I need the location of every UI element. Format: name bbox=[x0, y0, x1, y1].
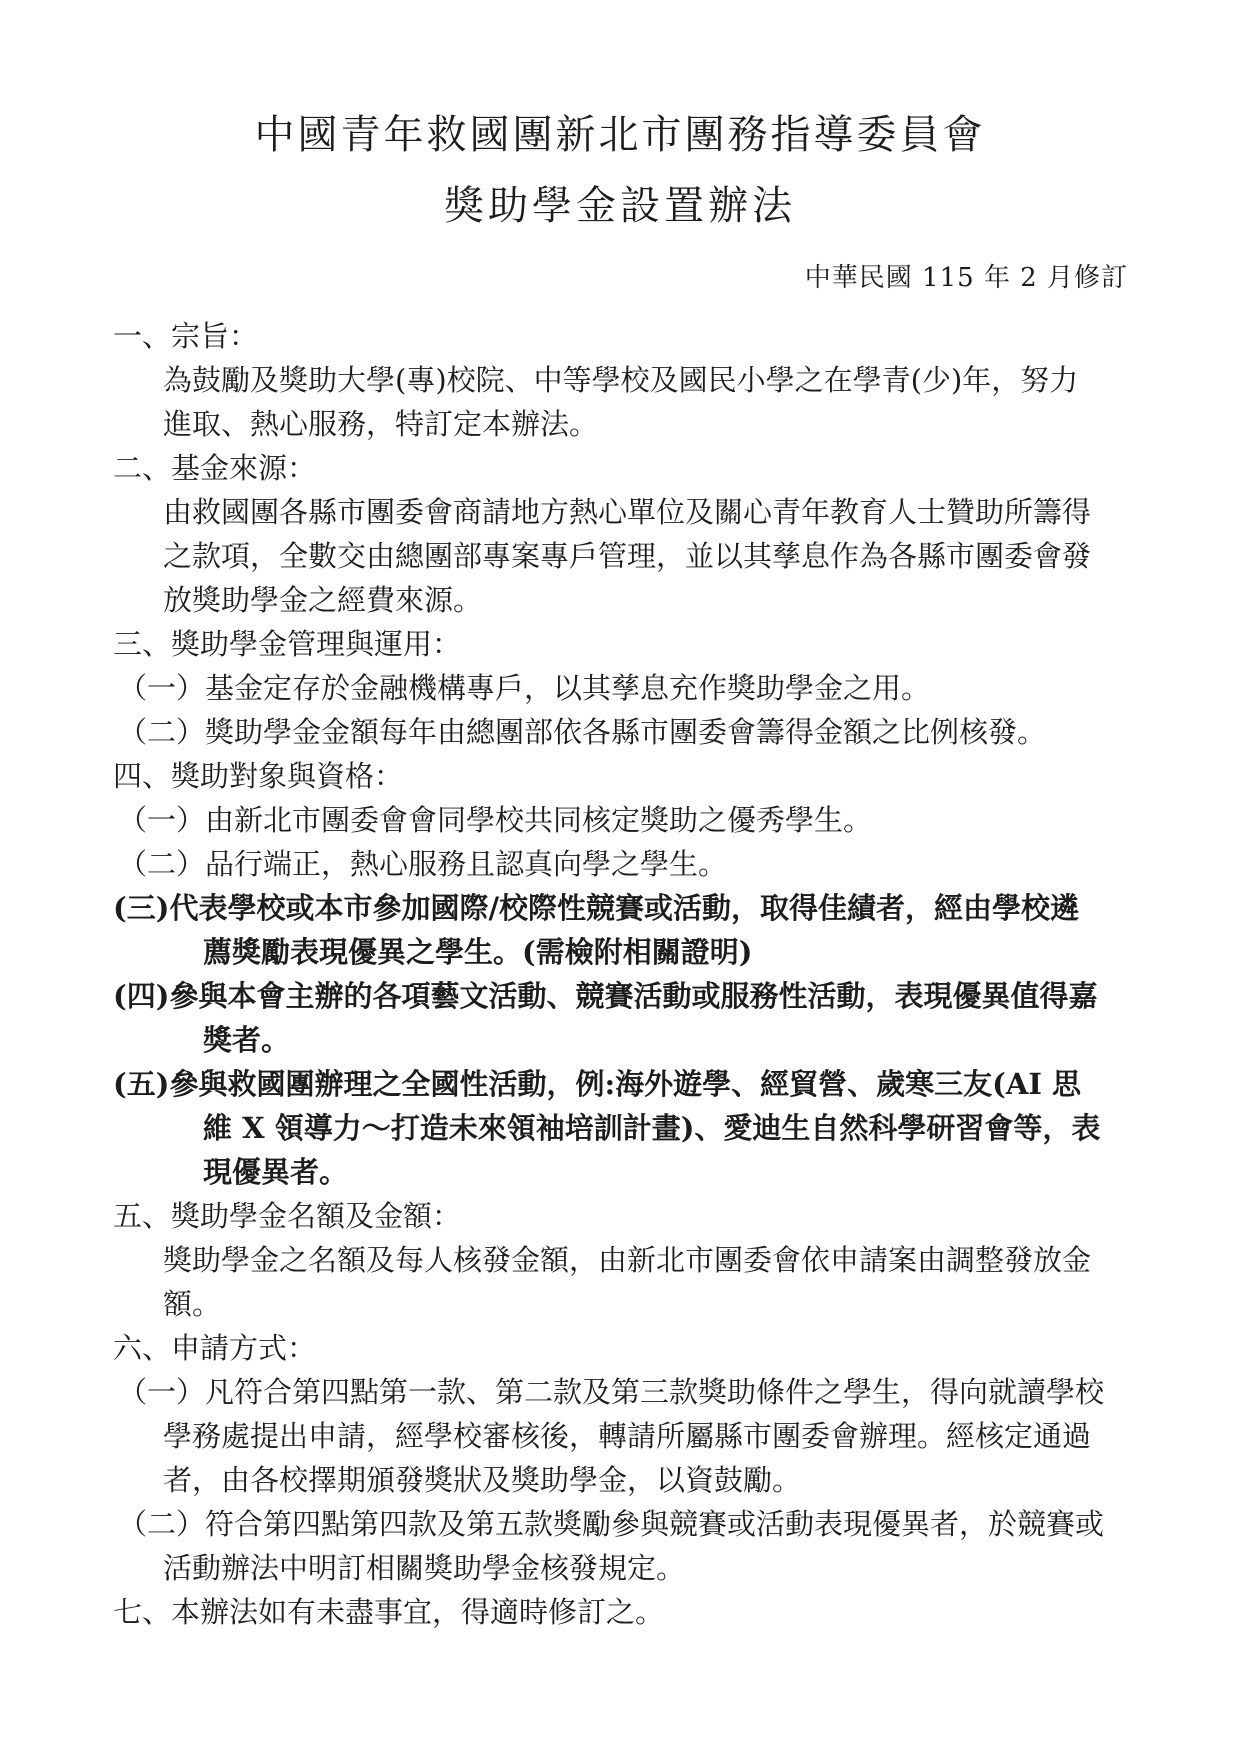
section-heading-text: 獎助對象與資格： bbox=[171, 759, 403, 793]
sub-item: （一）基金定存於金融機構專戶，以其孳息充作獎助學金之用。 bbox=[0, 666, 1107, 710]
section-heading-text: 基金來源： bbox=[171, 451, 316, 485]
section-heading-text: 本辦法如有未盡事宜，得適時修訂之。 bbox=[171, 1595, 664, 1629]
sub-item-text: 代表學校或本市參加國際/校際性競賽或活動，取得佳績者，經由學校遴薦獎勵表現優異之… bbox=[169, 891, 1079, 969]
section-heading-text: 宗旨： bbox=[171, 319, 258, 353]
sub-item-text: 符合第四點第四款及第五款獎勵參與競賽或活動表現優異者，於競賽或活動辦法中明訂相關… bbox=[163, 1507, 1104, 1585]
section-heading: 二、基金來源： bbox=[0, 446, 1107, 490]
section-heading: 七、本辦法如有未盡事宜，得適時修訂之。 bbox=[0, 1590, 1107, 1634]
sub-item-text: 參與本會主辦的各項藝文活動、競賽活動或服務性活動，表現優異值得嘉獎者。 bbox=[169, 979, 1097, 1057]
sub-item-text: 獎助學金金額每年由總團部依各縣市團委會籌得金額之比例核發。 bbox=[205, 715, 1046, 749]
section-六、: 六、申請方式：（一）凡符合第四點第一款、第二款及第三款獎助條件之學生，得向就讀學… bbox=[0, 1326, 1107, 1590]
sub-item-label: （二） bbox=[118, 1507, 205, 1541]
document-title: 中國青年救國團新北市團務指導委員會 bbox=[0, 0, 1240, 164]
section-number: 一、 bbox=[113, 319, 171, 353]
sub-item-text: 品行端正，熱心服務且認真向學之學生。 bbox=[205, 847, 727, 881]
section-heading-text: 獎助學金管理與運用： bbox=[171, 627, 461, 661]
revision-note: 中華民國 115 年 2 月修訂 bbox=[0, 259, 1240, 297]
section-七、: 七、本辦法如有未盡事宜，得適時修訂之。 bbox=[0, 1590, 1107, 1634]
sub-item-label: (三) bbox=[113, 891, 169, 925]
section-number: 三、 bbox=[113, 627, 171, 661]
sub-item-text: 參與救國團辦理之全國性活動，例:海外遊學、經貿營、歲寒三友(AI 思維 X 領導… bbox=[169, 1067, 1100, 1189]
section-number: 二、 bbox=[113, 451, 171, 485]
section-heading-text: 獎助學金名額及金額： bbox=[171, 1199, 461, 1233]
section-heading: 四、獎助對象與資格： bbox=[0, 754, 1107, 798]
document-page: 中國青年救國團新北市團務指導委員會 獎助學金設置辦法 中華民國 115 年 2 … bbox=[0, 0, 1240, 1754]
sub-item: (四)參與本會主辦的各項藝文活動、競賽活動或服務性活動，表現優異值得嘉獎者。 bbox=[0, 974, 1107, 1062]
sub-item: (三)代表學校或本市參加國際/校際性競賽或活動，取得佳績者，經由學校遴薦獎勵表現… bbox=[0, 886, 1107, 974]
section-paragraph: 由救國團各縣市團委會商請地方熱心單位及關心青年教育人士贊助所籌得之款項，全數交由… bbox=[0, 490, 1107, 622]
sub-item: （二）品行端正，熱心服務且認真向學之學生。 bbox=[0, 842, 1107, 886]
sub-item: （二）獎助學金金額每年由總團部依各縣市團委會籌得金額之比例核發。 bbox=[0, 710, 1107, 754]
sub-item: （二）符合第四點第四款及第五款獎勵參與競賽或活動表現優異者，於競賽或活動辦法中明… bbox=[0, 1502, 1107, 1590]
sub-item-label: （二） bbox=[118, 715, 205, 749]
section-一、: 一、宗旨：為鼓勵及獎助大學(專)校院、中等學校及國民小學之在學青(少)年，努力進… bbox=[0, 314, 1107, 446]
section-number: 五、 bbox=[113, 1199, 171, 1233]
section-heading-text: 申請方式： bbox=[171, 1331, 316, 1365]
section-二、: 二、基金來源：由救國團各縣市團委會商請地方熱心單位及關心青年教育人士贊助所籌得之… bbox=[0, 446, 1107, 622]
section-number: 六、 bbox=[113, 1331, 171, 1365]
sub-item-text: 基金定存於金融機構專戶，以其孳息充作獎助學金之用。 bbox=[205, 671, 930, 705]
section-heading: 一、宗旨： bbox=[0, 314, 1107, 358]
section-heading: 六、申請方式： bbox=[0, 1326, 1107, 1370]
section-五、: 五、獎助學金名額及金額：獎助學金之名額及每人核發金額，由新北市團委會依申請案由調… bbox=[0, 1194, 1107, 1326]
section-heading: 五、獎助學金名額及金額： bbox=[0, 1194, 1107, 1238]
sub-item: （一）由新北市團委會會同學校共同核定獎助之優秀學生。 bbox=[0, 798, 1107, 842]
sub-item: (五)參與救國團辦理之全國性活動，例:海外遊學、經貿營、歲寒三友(AI 思維 X… bbox=[0, 1062, 1107, 1194]
sub-item-label: （一） bbox=[118, 803, 205, 837]
document-body: 一、宗旨：為鼓勵及獎助大學(專)校院、中等學校及國民小學之在學青(少)年，努力進… bbox=[0, 314, 1240, 1634]
sub-item-label: （一） bbox=[118, 1375, 205, 1409]
sub-item-label: (四) bbox=[113, 979, 169, 1013]
section-四、: 四、獎助對象與資格：（一）由新北市團委會會同學校共同核定獎助之優秀學生。（二）品… bbox=[0, 754, 1107, 1194]
section-三、: 三、獎助學金管理與運用：（一）基金定存於金融機構專戶，以其孳息充作獎助學金之用。… bbox=[0, 622, 1107, 754]
section-heading: 三、獎助學金管理與運用： bbox=[0, 622, 1107, 666]
document-subtitle: 獎助學金設置辦法 bbox=[0, 177, 1240, 235]
sub-item: （一）凡符合第四點第一款、第二款及第三款獎助條件之學生，得向就讀學校學務處提出申… bbox=[0, 1370, 1107, 1502]
section-paragraph: 為鼓勵及獎助大學(專)校院、中等學校及國民小學之在學青(少)年，努力進取、熱心服… bbox=[0, 358, 1107, 446]
sub-item-label: （二） bbox=[118, 847, 205, 881]
section-paragraph: 獎助學金之名額及每人核發金額，由新北市團委會依申請案由調整發放金額。 bbox=[0, 1238, 1107, 1326]
sub-item-label: (五) bbox=[113, 1067, 169, 1101]
sub-item-label: （一） bbox=[118, 671, 205, 705]
sub-item-text: 凡符合第四點第一款、第二款及第三款獎助條件之學生，得向就讀學校學務處提出申請，經… bbox=[163, 1375, 1104, 1497]
sub-item-text: 由新北市團委會會同學校共同核定獎助之優秀學生。 bbox=[205, 803, 872, 837]
section-number: 四、 bbox=[113, 759, 171, 793]
section-number: 七、 bbox=[113, 1595, 171, 1629]
